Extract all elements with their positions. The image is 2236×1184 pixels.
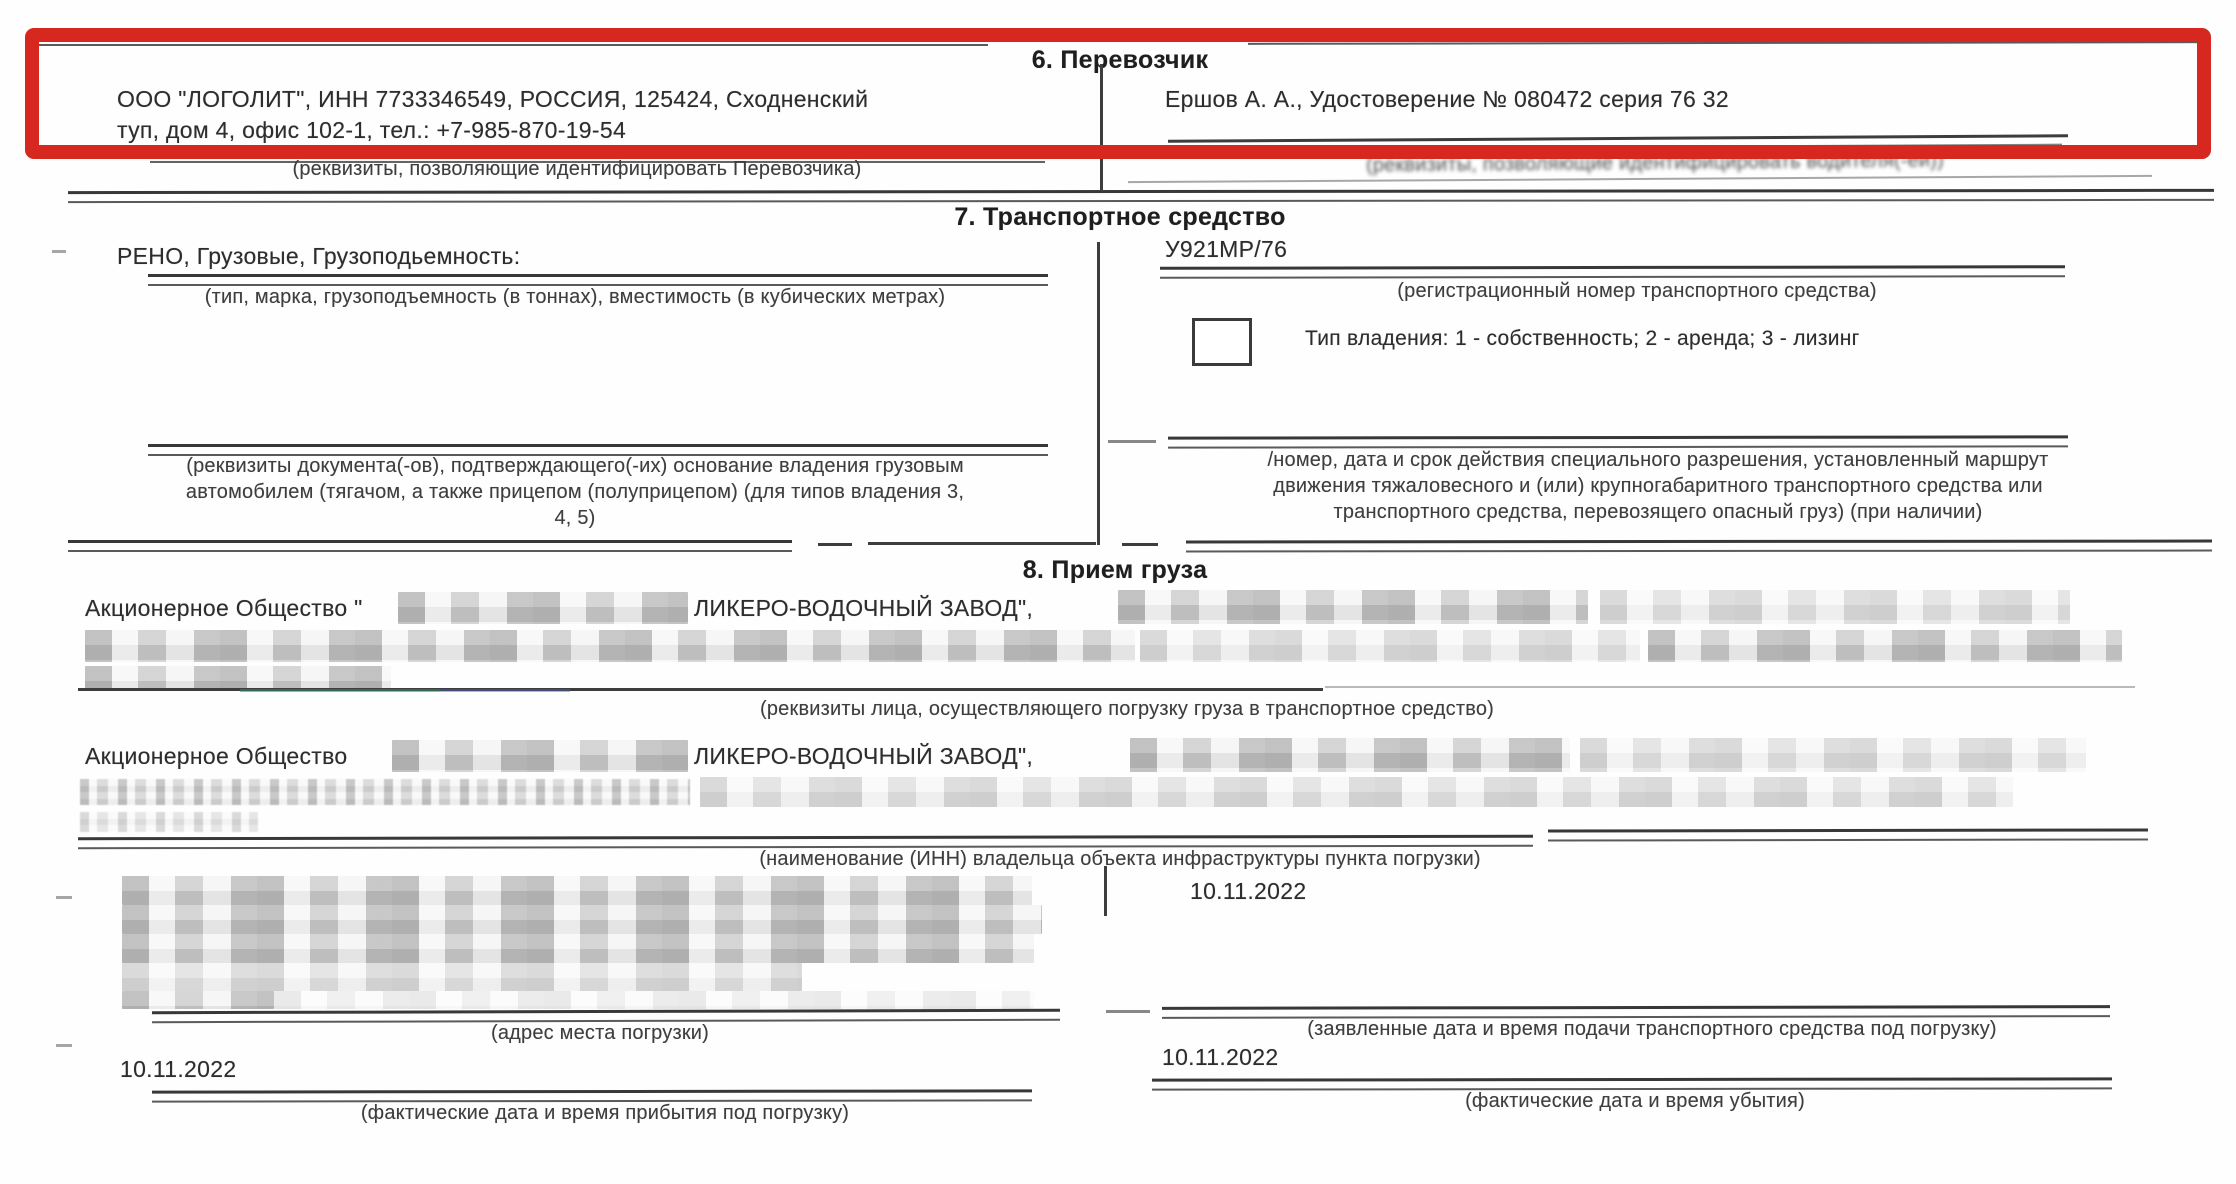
special-permit-caption-line3: транспортного средства, перевозящего опа… [1168,499,2148,525]
vehicle-caption: (тип, марка, грузоподъемность (в тоннах)… [125,286,1025,309]
section7-column-divider [1097,242,1100,545]
owner-underline-b [1548,828,2148,841]
redacted-block [1140,630,1640,662]
section7-bottom-rule-dot1 [818,543,852,546]
redacted-block [1580,738,2086,772]
arrival-caption: (фактические дата и время прибытия под п… [255,1102,955,1125]
section7-bottom-rule-c [1186,540,2212,553]
scan-color-artifact-green [240,689,440,692]
ownership-type-label: Тип владения: 1 - собственность; 2 - аре… [1305,327,1860,351]
vehicle-type-value: РЕНО, Грузовые, Грузоподьемность: [117,243,520,270]
redacted-block [1118,590,1588,624]
special-permit-caption-line1: /номер, дата и срок действия специальног… [1168,447,2148,473]
departure-underline [1152,1077,2112,1090]
loader-org-prefix: Акционерное Общество " [85,595,363,622]
scan-speck [52,250,66,253]
scan-speck [56,1044,72,1047]
redacted-block [398,592,688,624]
scan-dash [1108,440,1156,443]
owner-caption: (наименование (ИНН) владельца объекта ин… [690,848,1550,871]
ownership-docs-caption: (реквизиты документа(-ов), подтверждающе… [85,453,1065,531]
redacted-address-block [122,905,1042,934]
redacted-block [1130,738,1570,772]
planned-underline [1162,1005,2110,1019]
redacted-block [392,740,688,772]
registration-underline [1160,265,2065,279]
section6-highlight-box [25,28,2211,159]
arrival-underline [152,1089,1032,1102]
vehicle-underline [148,274,1048,286]
redacted-address-block [122,934,1034,963]
section8-title: 8. Прием груза [1023,556,1208,585]
carrier-caption: (реквизиты, позволяющие идентифицировать… [127,158,1027,181]
section7-title: 7. Транспортное средство [954,203,1285,232]
owner-org-visible: ЛИКЕРО-ВОДОЧНЫЙ ЗАВОД", [694,743,1033,770]
ownership-docs-caption-line1: (реквизиты документа(-ов), подтверждающе… [85,453,1065,479]
scan-speck [56,896,72,899]
ownership-docs-caption-line2: автомобилем (тягачом, а также прицепом (… [85,479,1065,505]
redacted-blurred-text [80,812,258,832]
address-caption: (адрес места погрузки) [300,1022,900,1045]
redacted-address-block [122,991,274,1009]
redacted-block [700,777,2013,807]
departure-date: 10.11.2022 [1162,1044,1278,1071]
redacted-address-block [122,876,1032,905]
ownership-type-checkbox [1192,318,1252,366]
special-permit-caption-line2: движения тяжаловесного и (или) крупногаб… [1168,473,2148,499]
arrival-date: 10.11.2022 [120,1056,236,1083]
section7-bottom-rule-b [868,542,1096,545]
registration-caption: (регистрационный номер транспортного сре… [1187,280,2087,303]
planned-caption: (заявленные дата и время подачи транспор… [1202,1018,2102,1041]
departure-caption: (фактические дата и время убытия) [1235,1090,2035,1113]
redacted-block [1600,590,2070,624]
planned-date: 10.11.2022 [1190,878,1306,905]
section7-bottom-rule-a [68,540,792,552]
redacted-address-block [274,991,1034,1009]
bottom-column-divider [1104,866,1107,916]
loader-caption: (реквизиты лица, осуществляющего погрузк… [697,698,1557,721]
waybill-scan: 6. Перевозчик ООО "ЛОГОЛИТ", ИНН 7733346… [0,0,2236,1184]
redacted-address-block [122,963,802,991]
owner-org-prefix: Акционерное Общество [85,743,347,770]
loader-org-visible: ЛИКЕРО-ВОДОЧНЫЙ ЗАВОД", [694,595,1033,622]
section7-bottom-rule-dot2 [1122,543,1158,546]
redacted-block [85,666,391,690]
section6-bottom-rule [68,189,2214,203]
registration-number-value: У921МР/76 [1165,236,1287,263]
scan-dash [1106,1010,1150,1013]
redacted-blurred-text [80,779,690,805]
ownership-docs-caption-line3: 4, 5) [85,505,1065,531]
loader-underline-faint [1325,686,2135,688]
special-permit-caption: /номер, дата и срок действия специальног… [1168,447,2148,525]
redacted-block [85,630,1135,662]
scan-color-artifact-blue [440,689,570,692]
redacted-block [1648,630,2122,662]
scan-stray-line [1128,175,2152,183]
